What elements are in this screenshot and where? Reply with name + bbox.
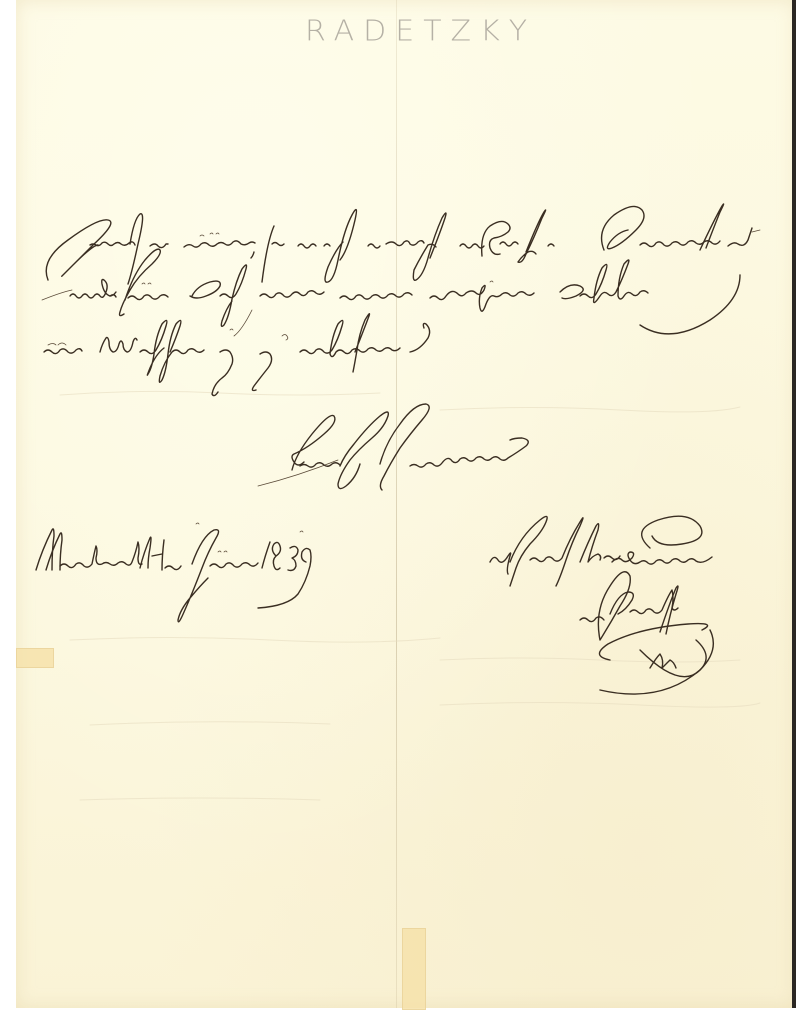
archival-tape-bottom	[402, 928, 426, 1010]
letter-salutation: Euer Hochgeboren	[285, 440, 515, 465]
letter-body-line-1: Glückwunsch auszudrücken, so wie ich auc…	[45, 222, 765, 247]
letter-signature: Radetzky	[570, 605, 720, 630]
paper-sheet	[16, 0, 796, 1008]
letter-dateline: Mailand 14 Jänner 1839	[40, 545, 340, 570]
center-fold-line	[396, 0, 397, 1008]
document-scan: RADETZKY	[0, 0, 800, 1013]
letter-body-line-2: brauche Euer Hochgeboren meiner vorzügli…	[45, 268, 765, 293]
archival-pencil-note: RADETZKY	[305, 15, 535, 53]
sheet-shadow-edge	[792, 0, 796, 1008]
archival-tape-left	[16, 648, 54, 668]
letter-body-line-3: und Wertschätzung zu versichern	[45, 330, 475, 355]
letter-complimentary-close: ergebenster Diener	[480, 545, 770, 570]
